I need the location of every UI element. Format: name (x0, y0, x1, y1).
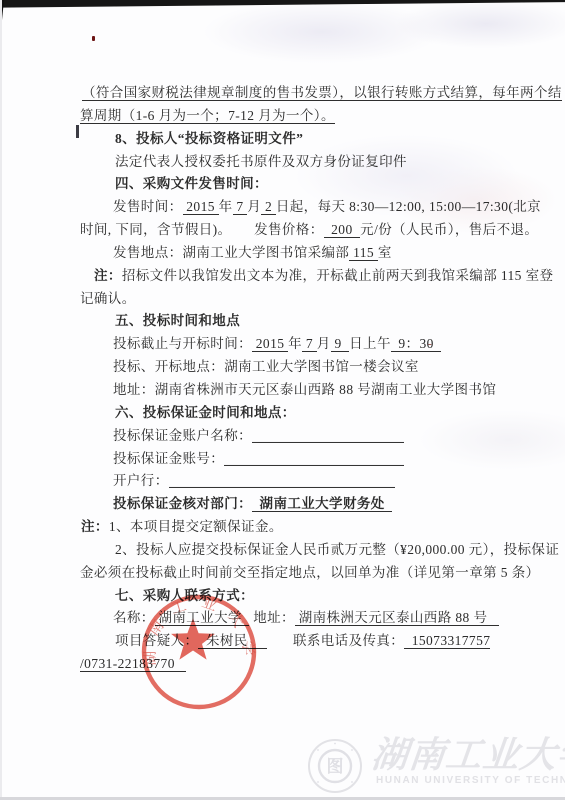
doc-line: 注：1、本项目提交定额保证金。 (80, 516, 548, 539)
doc-line: 投标保证金账户名称： (80, 425, 548, 448)
doc-line: （符合国家财税法律规章制度的售书发票），以银行转账方式结算，每年两个结 (80, 82, 548, 105)
text-run: 7 (302, 336, 317, 352)
doc-line: 投标保证金核对部门： 湖南工业大学财务处 (80, 493, 548, 516)
text-run: 招标文件以我馆发出文本为准，开标截止前两天到我馆采编部 115 室登 (122, 268, 554, 283)
doc-line: 8、投标人“投标资格证明文件” (80, 128, 548, 151)
text-run: 日起，每天 8:30—12:00, 15:00—17:30(北京 (276, 199, 541, 214)
text-run: 发售时间： (113, 199, 183, 214)
text-run: 2015 (183, 199, 219, 215)
doc-line: 投标截止与开标时间： 2015 年 7 月 9 日上午 9：30 (80, 333, 548, 356)
text-run: 开户行： (113, 473, 169, 488)
text-run: 投标保证金核对部门： (113, 496, 252, 511)
red-ink-speck (92, 36, 95, 41)
emblem-glyph: 图 (327, 757, 344, 776)
scanned-document-page: （符合国家财税法律规章制度的售书发票），以银行转账方式结算，每年两个结算周期（1… (0, 0, 565, 800)
doc-line: 六、投标保证金时间和地点： (80, 402, 548, 425)
text-run: 年 (219, 199, 233, 214)
text-run: 发售价格： (254, 222, 324, 237)
blank-fill-line (169, 476, 395, 488)
blank-fill-line (224, 453, 404, 465)
doc-line: 2、投标人应提交投标保证金人民币贰万元整（¥20,000.00 元），投标保证 (80, 539, 548, 562)
text-run: 8、投标人“投标资格证明文件” (115, 131, 303, 146)
text-run: 投标保证金账号： (113, 451, 224, 466)
text-run: 投标、开标地点：湖南工业大学图书馆一楼会议室 (113, 359, 419, 374)
text-run: 五、投标时间和地点 (115, 313, 240, 328)
text-run (267, 633, 293, 648)
text-run: 115 (349, 245, 378, 261)
text-run: 9 (331, 336, 349, 352)
text-run: 金必须在投标截止时间前交至指定地点，以回单为准（详见第一章第 5 条） (80, 565, 540, 580)
text-run: 2、投标人应提交投标保证金人民币贰万元整（¥20,000.00 元），投标保证 (115, 542, 559, 557)
text-run: 15073317757 (404, 633, 490, 649)
doc-line: 算周期（1-6 月为一个；7-12 月为一个）。 (80, 105, 548, 128)
text-run: 月 (317, 336, 331, 351)
doc-line: 时间, 下同，含节假日)。 发售价格： 200 元/份（人民币），售后不退。 (80, 219, 548, 242)
university-watermark: 图 湖南工业大学 HUNAN UNIVERSITY OF TECHNOLOGY (306, 735, 560, 795)
text-run: 注： (81, 519, 109, 534)
official-seal-stamp: 湖南工业大学 (137, 590, 261, 714)
text-run: 发售地点：湖南工业大学图书馆采编部 (113, 245, 349, 260)
text-run: 9：30 (391, 336, 441, 352)
university-logo-cn: 湖南工业大学 (369, 727, 564, 778)
handwritten-tick: - (428, 338, 432, 350)
text-run: 日上午 (349, 336, 391, 351)
university-logo-emblem: 图 (306, 737, 364, 795)
doc-line: 法定代表人授权委托书原件及双方身份证复印件 (80, 151, 548, 174)
text-run: 湖南株洲天元区泰山西路 88 号 (295, 610, 499, 626)
dark-scan-speck (76, 125, 79, 138)
text-run: 记确认。 (80, 291, 136, 306)
scan-edge-top (0, 0, 565, 8)
doc-line: 发售地点：湖南工业大学图书馆采编部 115 室 (80, 242, 548, 265)
doc-line: 投标保证金账号： (80, 448, 548, 471)
text-run: 法定代表人授权委托书原件及双方身份证复印件 (115, 154, 407, 169)
text-run: 200 (324, 222, 361, 238)
text-run: 元/份（人民币），售后不退。 (360, 222, 538, 237)
scan-edge-left-line (0, 0, 2, 800)
text-run: 投标保证金账户名称： (113, 428, 252, 443)
text-run: 2015 (252, 336, 288, 352)
text-run: 湖南工业大学财务处 (252, 496, 392, 512)
university-logo-en: HUNAN UNIVERSITY OF TECHNOLOGY (376, 775, 565, 786)
text-run: 月 (247, 199, 261, 214)
doc-line: 发售时间： 2015 年 7 月 2 日起，每天 8:30—12:00, 15:… (80, 196, 548, 219)
doc-line: 四、采购文件发售时间： (80, 173, 548, 196)
text-run: 地址：湖南省株洲市天元区泰山西路 88 号湖南工业大学图书馆 (113, 382, 496, 397)
text-run: 联系电话及传真： (293, 633, 404, 648)
text-run: 投标截止与开标时间： (113, 336, 252, 351)
text-run: 注： (94, 268, 122, 283)
text-run (231, 222, 254, 237)
text-run: 六、投标保证金时间和地点： (115, 405, 296, 420)
text-run: 1、本项目提交定额保证金。 (109, 519, 283, 534)
text-run: （符合国家财税法律规章制度的售书发票），以银行转账方式结算，每年两个结 (82, 85, 562, 101)
text-run: 7 (233, 199, 248, 215)
document-body: （符合国家财税法律规章制度的售书发票），以银行转账方式结算，每年两个结算周期（1… (80, 82, 548, 676)
doc-line: 开户行： (80, 470, 548, 493)
doc-line: 注：招标文件以我馆发出文本为准，开标截止前两天到我馆采编部 115 室登 (80, 265, 548, 288)
doc-line: 金必须在投标截止时间前交至指定地点，以回单为准（详见第一章第 5 条） (80, 562, 548, 585)
text-run: 2 (261, 199, 276, 215)
star-icon (171, 618, 215, 660)
text-run: 室 (378, 245, 392, 260)
doc-line: 记确认。 (80, 288, 548, 311)
text-run: 时间, 下同，含节假日)。 (80, 222, 231, 237)
text-run: 算周期（1-6 月为一个；7-12 月为一个）。 (80, 108, 335, 124)
text-run: 四、采购文件发售时间： (115, 176, 268, 191)
doc-line: 五、投标时间和地点 (80, 310, 548, 333)
doc-line: 投标、开标地点：湖南工业大学图书馆一楼会议室 (80, 356, 548, 379)
doc-line: 地址：湖南省株洲市天元区泰山西路 88 号湖南工业大学图书馆 (80, 379, 548, 402)
text-run: 年 (288, 336, 302, 351)
blank-fill-line (252, 430, 404, 442)
